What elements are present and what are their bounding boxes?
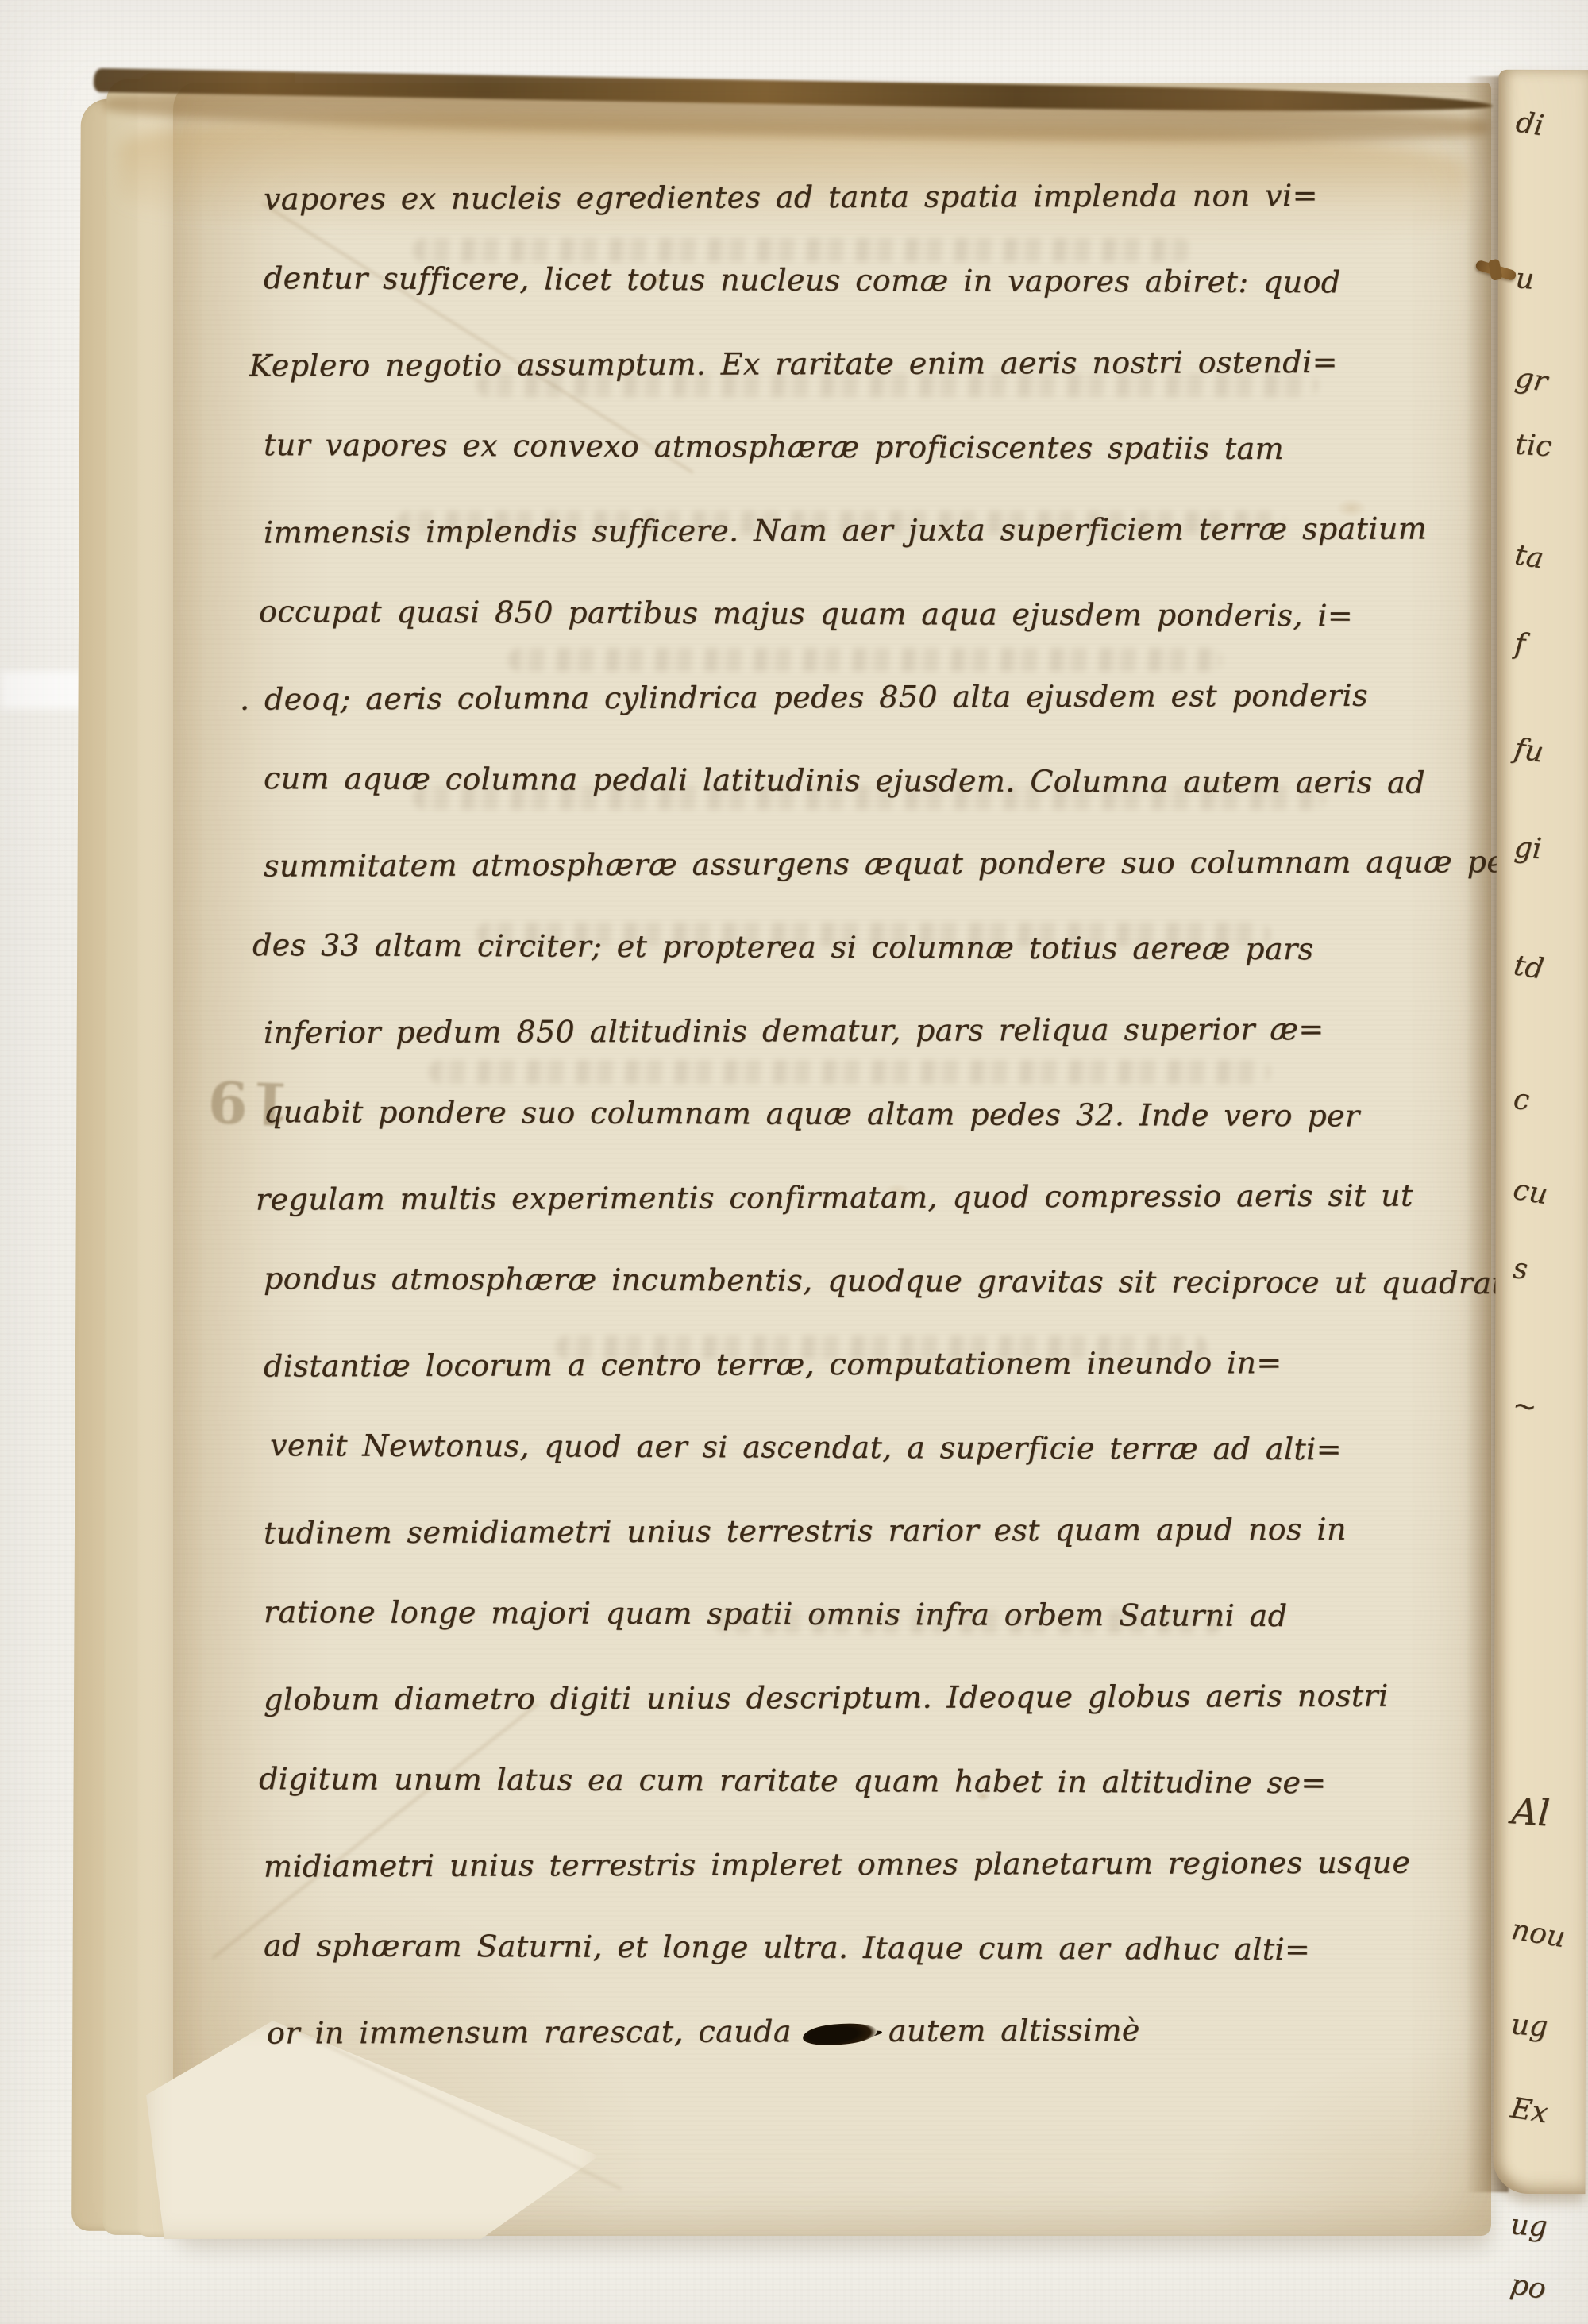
last-line-before-blot: or in immensum rarescat, cauda — [267, 2014, 792, 2050]
text-line: ratione longe majori quam spatii omnis i… — [264, 1571, 1459, 1659]
adjacent-text-fragment: u — [1514, 262, 1535, 296]
text-line: inferior pedum 850 altitudinis dematur, … — [264, 987, 1459, 1074]
last-line-after-blot: autem altissimè — [888, 2013, 1140, 2048]
text-line: immensis implendis sufficere. Nam aer ju… — [264, 487, 1459, 574]
text-line: midiametri unius terrestris impleret omn… — [264, 1821, 1459, 1908]
photograph-of-manuscript: { "manuscript": { "language": "Latin", "… — [0, 0, 1588, 2324]
adjacent-text-fragment: nou — [1509, 1914, 1568, 1954]
text-line: cum aquæ columna pedali latitudinis ejus… — [264, 737, 1459, 825]
text-line: des 33 altam circiter; et propterea si c… — [252, 904, 1459, 992]
adjacent-text-fragment: ta — [1513, 538, 1546, 575]
adjacent-page-edge: di u gr tic ta f fu gi td c cu s ~ Al no… — [1493, 70, 1588, 2194]
text-line: vapores ex nucleis egredientes ad tanta … — [264, 153, 1459, 241]
adjacent-text-fragment: s — [1512, 1252, 1528, 1285]
text-line: . deoq; aeris columna cylindrica pedes 8… — [240, 653, 1459, 741]
adjacent-text-fragment: cu — [1511, 1174, 1550, 1211]
adjacent-text-fragment: po — [1508, 2268, 1548, 2307]
text-line: regulam multis experimentis confirmatam,… — [256, 1154, 1459, 1241]
text-line: dentur sufficere, licet totus nucleus co… — [264, 237, 1459, 325]
adjacent-text-fragment: c — [1513, 1083, 1531, 1116]
text-line: occupat quasi 850 partibus majus quam aq… — [259, 570, 1459, 658]
ink-blot — [802, 2021, 878, 2047]
adjacent-text-fragment: di — [1513, 106, 1546, 142]
adjacent-text-fragment: Al — [1510, 1789, 1551, 1834]
adjacent-text-fragment: ug — [1509, 2208, 1548, 2243]
adjacent-text-fragment: gr — [1513, 361, 1549, 399]
text-line: tudinem semidiametri unius terrestris ra… — [264, 1487, 1459, 1574]
text-line: pondus atmosphæræ incumbentis, quodque g… — [264, 1237, 1459, 1325]
text-line: distantiæ locorum a centro terræ, comput… — [264, 1320, 1459, 1408]
adjacent-text-fragment: tic — [1514, 428, 1553, 463]
text-line: globum diametro digiti unius descriptum.… — [264, 1654, 1459, 1741]
adjacent-text-fragment: gi — [1513, 831, 1542, 865]
manuscript-text-block: vapores ex nucleis egredientes ad tanta … — [264, 156, 1459, 2073]
text-line: ad sphæram Saturni, et longe ultra. Itaq… — [264, 1904, 1459, 1992]
adjacent-text-fragment: td — [1512, 949, 1547, 985]
text-line: quabit pondere suo columnam aquæ altam p… — [264, 1070, 1459, 1158]
text-line: Keplero negotio assumptum. Ex raritate e… — [249, 320, 1459, 407]
adjacent-text-fragment: fu — [1512, 732, 1546, 769]
text-line: tur vapores ex convexo atmosphæræ profic… — [264, 403, 1459, 491]
text-line: summitatem atmosphæræ assurgens æquat po… — [264, 820, 1459, 908]
adjacent-text-fragment: Ex — [1509, 2092, 1551, 2130]
adjacent-text-fragment: ug — [1510, 2008, 1549, 2043]
text-line: venit Newtonus, quod aer si ascendat, a … — [270, 1404, 1459, 1492]
text-line: digitum unum latus ea cum raritate quam … — [259, 1737, 1459, 1825]
adjacent-text-fragment: ~ — [1510, 1389, 1539, 1424]
text-line-with-blot: or in immensum rarescat, caudaautem alti… — [267, 1987, 1459, 2075]
adjacent-text-fragment: f — [1513, 627, 1526, 661]
